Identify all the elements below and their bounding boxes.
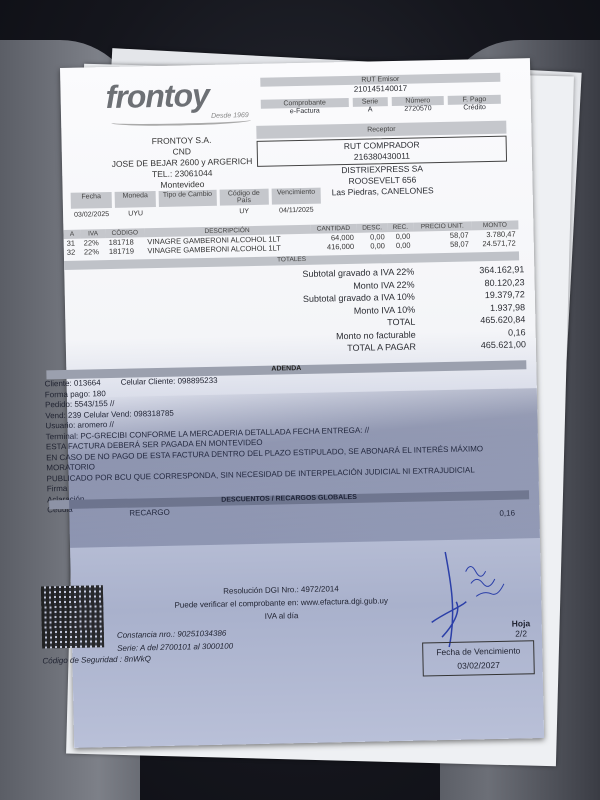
handwritten-signature-icon [425,541,517,653]
column-header: A [63,230,80,239]
due-date-box: Fecha de Vencimiento 03/02/2027 [422,640,535,676]
issuer-block: FRONTOY S.A. CND JOSE DE BEJAR 2600 y AR… [81,133,282,192]
brand-logo: frontoy [105,77,209,116]
payment-form: Crédito [448,104,501,112]
brand-tagline: Desde 1969 [211,112,249,120]
recargo-value: 0,16 [499,509,515,518]
serie: A [353,106,388,114]
constancia-block: Constancia nro.: 90251034386 Serie: A de… [117,627,233,655]
comprobante-type: e-Factura [261,107,349,116]
document-id-block: RUT Emisor 210145140017 Comprobantee-Fac… [260,73,501,116]
page-number: Hoja 2/2 [512,618,531,638]
invoice-meta-grid: Fecha Moneda Tipo de Cambio Código de Pa… [71,188,321,219]
invoice-number: 2720570 [392,105,445,113]
recargo-label: RECARGO [129,508,170,518]
qr-code [41,585,104,648]
invoice-sheet-page-2: frontoy Desde 1969 FRONTOY S.A. CND JOSE… [60,58,544,748]
totals-block: Subtotal gravado a IVA 22%364.162,91Mont… [264,263,526,356]
due-date: 03/02/2027 [423,657,533,673]
security-code: Código de Seguridad : 8nWkQ [42,654,151,665]
footer-legal: Resolución DGI Nro.: 4972/2014 Puede ver… [131,580,432,625]
line-items-table: AIVACÓDIGODESCRIPCIÓNCANTIDADDESC.REC.PR… [63,220,518,257]
